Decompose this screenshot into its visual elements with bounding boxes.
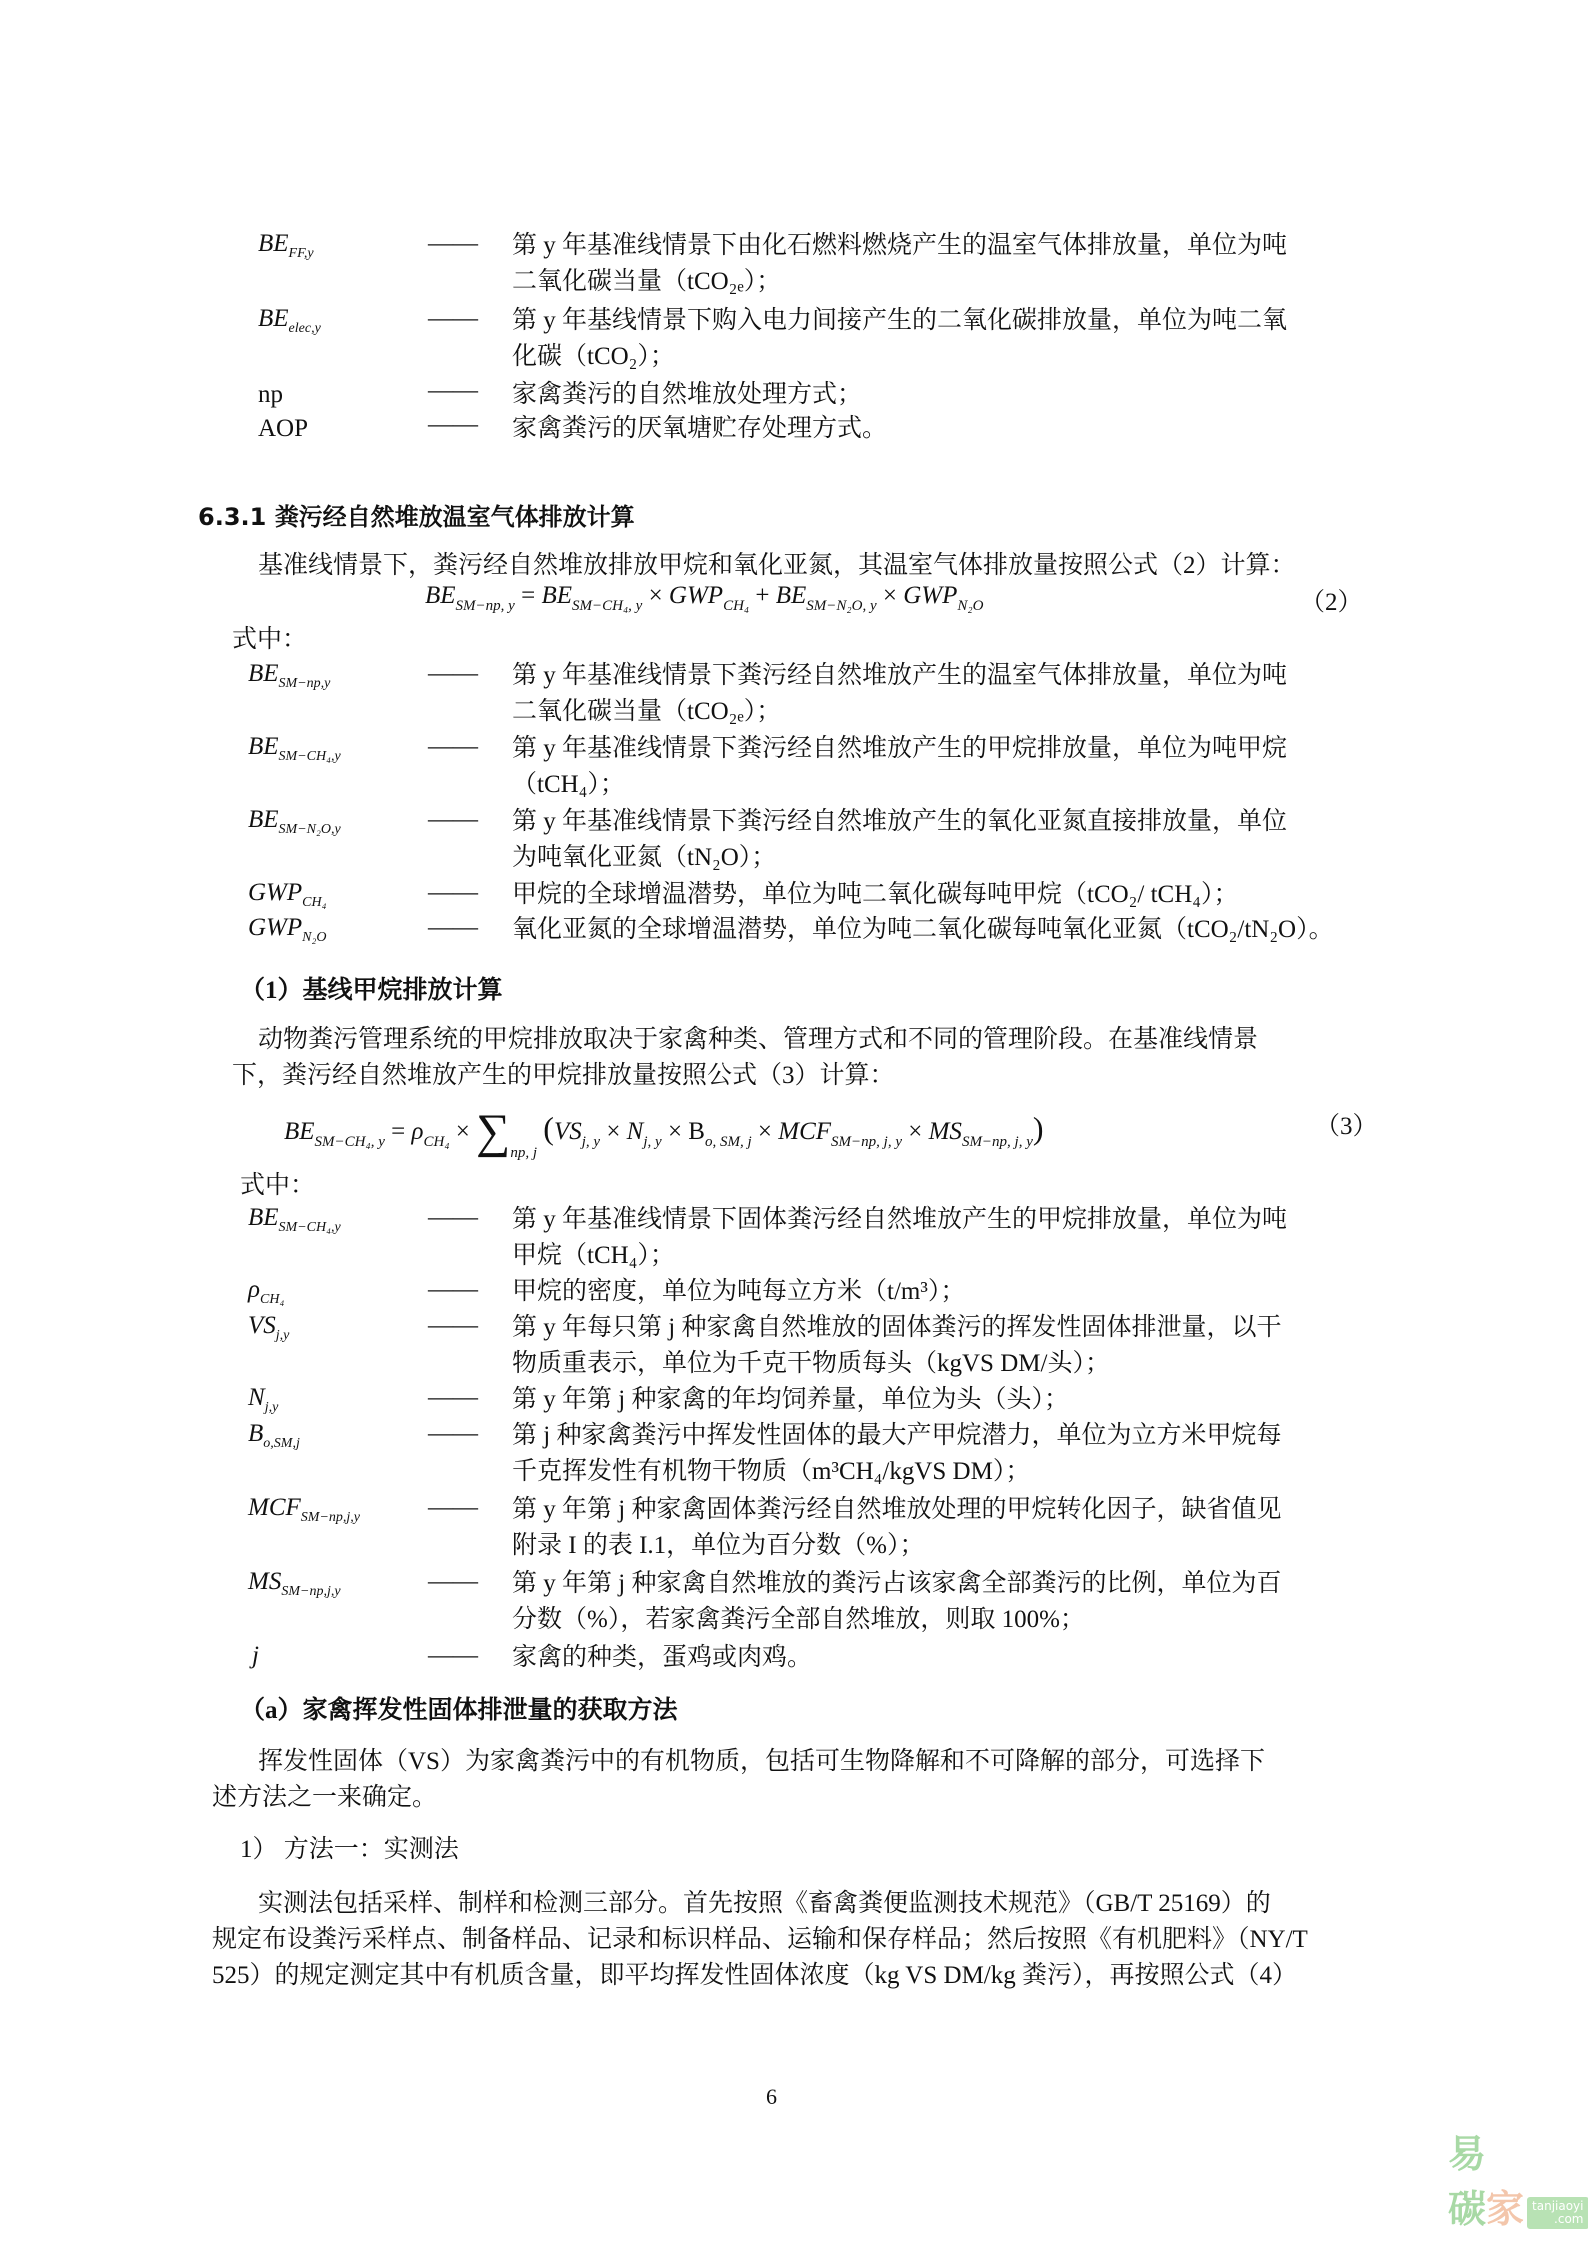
paragraph: 述方法之一来确定。 xyxy=(212,1780,437,1816)
symbol-be-sm-ch4: BESM−CH₄,y xyxy=(248,1204,341,1236)
watermark-domain-badge: tanjiaoyi.com xyxy=(1527,2197,1588,2229)
def-dash: —— xyxy=(428,1494,478,1522)
def-text: 附录 I 的表 I.1，单位为百分数（%）； xyxy=(512,1528,924,1564)
symbol-ms: MSSM−np,j,y xyxy=(248,1568,341,1600)
def-text: 分数（%），若家禽粪污全部自然堆放，则取 100%； xyxy=(512,1602,1085,1638)
def-dash: —— xyxy=(428,733,478,761)
def-text: 物质重表示，单位为千克干物质每头（kgVS DM/头）； xyxy=(512,1346,1110,1382)
paragraph: 实测法包括采样、制样和检测三部分。首先按照《畜禽粪便监测技术规范》（GB/T 2… xyxy=(258,1886,1271,1922)
def-text: 家禽粪污的厌氧塘贮存处理方式。 xyxy=(512,411,887,447)
symbol-be-sm-np: BESM−np,y xyxy=(248,660,330,692)
def-dash: —— xyxy=(428,914,478,942)
subsection-heading-1: （1）基线甲烷排放计算 xyxy=(240,970,503,1006)
def-dash: —— xyxy=(428,660,478,688)
def-dash: —— xyxy=(428,230,478,258)
formula-2: BESM−np, y = BESM−CH₄, y × GWPCH₄ + BESM… xyxy=(425,582,983,615)
symbol-gwp-ch4: GWPCH₄ xyxy=(248,879,326,911)
def-text: 第 y 年每只第 j 种家禽自然堆放的固体粪污的挥发性固体排泄量，以干 xyxy=(512,1310,1281,1346)
def-dash: —— xyxy=(428,1384,478,1412)
symbol-be-sm-ch4: BESM−CH₄,y xyxy=(248,733,341,765)
def-text: 第 y 年基准线情景下粪污经自然堆放产生的温室气体排放量，单位为吨 xyxy=(512,658,1287,694)
section-heading-6-3-1: 6.3.1 粪污经自然堆放温室气体排放计算 xyxy=(198,497,635,532)
document-page: BEFF,y —— 第 y 年基准线情景下由化石燃料燃烧产生的温室气体排放量，单… xyxy=(0,0,1588,2245)
def-text: 家禽的种类，蛋鸡或肉鸡。 xyxy=(512,1640,812,1676)
intro-paragraph: 下，粪污经自然堆放产生的甲烷排放量按照公式（3）计算： xyxy=(232,1058,895,1094)
symbol-be-sm-n2o: BESM−N₂O,y xyxy=(248,806,341,838)
def-dash: —— xyxy=(428,377,478,405)
watermark-text-green: 易碳 xyxy=(1448,2123,1486,2233)
symbol-np: np xyxy=(258,377,283,413)
watermark-logo: 易碳 家 tanjiaoyi.com xyxy=(1448,2183,1588,2233)
def-text: 为吨氧化亚氮（tN₂O）； xyxy=(512,840,776,876)
intro-paragraph: 动物粪污管理系统的甲烷排放取决于家禽种类、管理方式和不同的管理阶段。在基准线情景 xyxy=(258,1022,1258,1058)
intro-paragraph: 基准线情景下，粪污经自然堆放排放甲烷和氧化亚氮，其温室气体排放量按照公式（2）计… xyxy=(258,548,1296,584)
def-text: 第 y 年第 j 种家禽自然堆放的粪污占该家禽全部粪污的比例，单位为百 xyxy=(512,1566,1281,1602)
def-text: 第 y 年基准线情景下由化石燃料燃烧产生的温室气体排放量，单位为吨 xyxy=(512,228,1287,264)
sigma-symbol: ∑ xyxy=(476,1105,510,1158)
def-text: 甲烷（tCH₄）； xyxy=(512,1238,675,1274)
symbol-n: Nj,y xyxy=(248,1384,278,1416)
symbol-vs: VSj,y xyxy=(248,1312,289,1344)
def-text: （tCH₄）； xyxy=(512,767,625,803)
symbol-gwp-n2o: GWPN₂O xyxy=(248,914,326,946)
where-label: 式中： xyxy=(240,1168,315,1204)
equation-number-2: （2） xyxy=(1300,582,1363,618)
def-dash: —— xyxy=(428,1420,478,1448)
method-heading: 1） 方法一：实测法 xyxy=(240,1832,459,1868)
def-text: 第 y 年第 j 种家禽固体粪污经自然堆放处理的甲烷转化因子，缺省值见 xyxy=(512,1492,1281,1528)
def-dash: —— xyxy=(428,1642,478,1670)
def-text: 第 j 种家禽粪污中挥发性固体的最大产甲烷潜力，单位为立方米甲烷每 xyxy=(512,1418,1281,1454)
def-dash: —— xyxy=(428,1568,478,1596)
def-text: 第 y 年基准线情景下固体粪污经自然堆放产生的甲烷排放量，单位为吨 xyxy=(512,1202,1287,1238)
def-text: 甲烷的全球增温潜势，单位为吨二氧化碳每吨甲烷（tCO₂/ tCH₄）； xyxy=(512,877,1238,913)
def-text: 第 y 年基线情景下购入电力间接产生的二氧化碳排放量，单位为吨二氧 xyxy=(512,303,1287,339)
def-text: 化碳（tCO₂）； xyxy=(512,339,675,375)
def-dash: —— xyxy=(428,305,478,333)
page-number: 6 xyxy=(766,2084,777,2110)
def-text: 千克挥发性有机物干物质（m³CH₄/kgVS DM）； xyxy=(512,1454,1030,1490)
def-dash: —— xyxy=(428,1204,478,1232)
def-text: 氧化亚氮的全球增温潜势，单位为吨二氧化碳每吨氧化亚氮（tCO₂/tN₂O）。 xyxy=(512,912,1334,948)
def-text: 第 y 年基准线情景下粪污经自然堆放产生的氧化亚氮直接排放量，单位 xyxy=(512,804,1287,840)
symbol-rho-ch4: ρCH₄ xyxy=(248,1276,284,1308)
symbol-aop: AOP xyxy=(258,411,308,447)
symbol-j: j xyxy=(252,1642,259,1670)
symbol-be-elec: BEelec,y xyxy=(258,305,321,337)
def-text: 甲烷的密度，单位为吨每立方米（t/m³）； xyxy=(512,1274,965,1310)
where-label: 式中： xyxy=(232,622,307,658)
symbol-be-ff: BEFF,y xyxy=(258,230,314,262)
def-text: 第 y 年第 j 种家禽的年均饲养量，单位为头（头）； xyxy=(512,1382,1069,1418)
watermark-text-orange: 家 xyxy=(1486,2178,1524,2233)
def-dash: —— xyxy=(428,1312,478,1340)
def-text: 二氧化碳当量（tCO₂ₑ）； xyxy=(512,694,781,730)
paragraph: 525）的规定测定其中有机质含量，即平均挥发性固体浓度（kg VS DM/kg … xyxy=(212,1958,1297,1994)
def-text: 家禽粪污的自然堆放处理方式； xyxy=(512,377,862,413)
def-dash: —— xyxy=(428,411,478,439)
formula-3: BESM−CH₄, y = ρCH₄ × ∑np, j (VSj, y × Nj… xyxy=(284,1104,1044,1162)
def-dash: —— xyxy=(428,806,478,834)
subsection-heading-a: （a）家禽挥发性固体排泄量的获取方法 xyxy=(240,1690,678,1726)
paragraph: 挥发性固体（VS）为家禽粪污中的有机物质，包括可生物降解和不可降解的部分，可选择… xyxy=(258,1744,1265,1780)
def-dash: —— xyxy=(428,1276,478,1304)
def-dash: —— xyxy=(428,879,478,907)
symbol-mcf: MCFSM−np,j,y xyxy=(248,1494,360,1526)
def-text: 第 y 年基准线情景下粪污经自然堆放产生的甲烷排放量，单位为吨甲烷 xyxy=(512,731,1287,767)
symbol-bo: Bo,SM,j xyxy=(248,1420,300,1452)
def-text: 二氧化碳当量（tCO₂ₑ）； xyxy=(512,264,781,300)
paragraph: 规定布设粪污采样点、制备样品、记录和标识样品、运输和保存样品；然后按照《有机肥料… xyxy=(212,1922,1308,1958)
equation-number-3: （3） xyxy=(1315,1106,1378,1142)
